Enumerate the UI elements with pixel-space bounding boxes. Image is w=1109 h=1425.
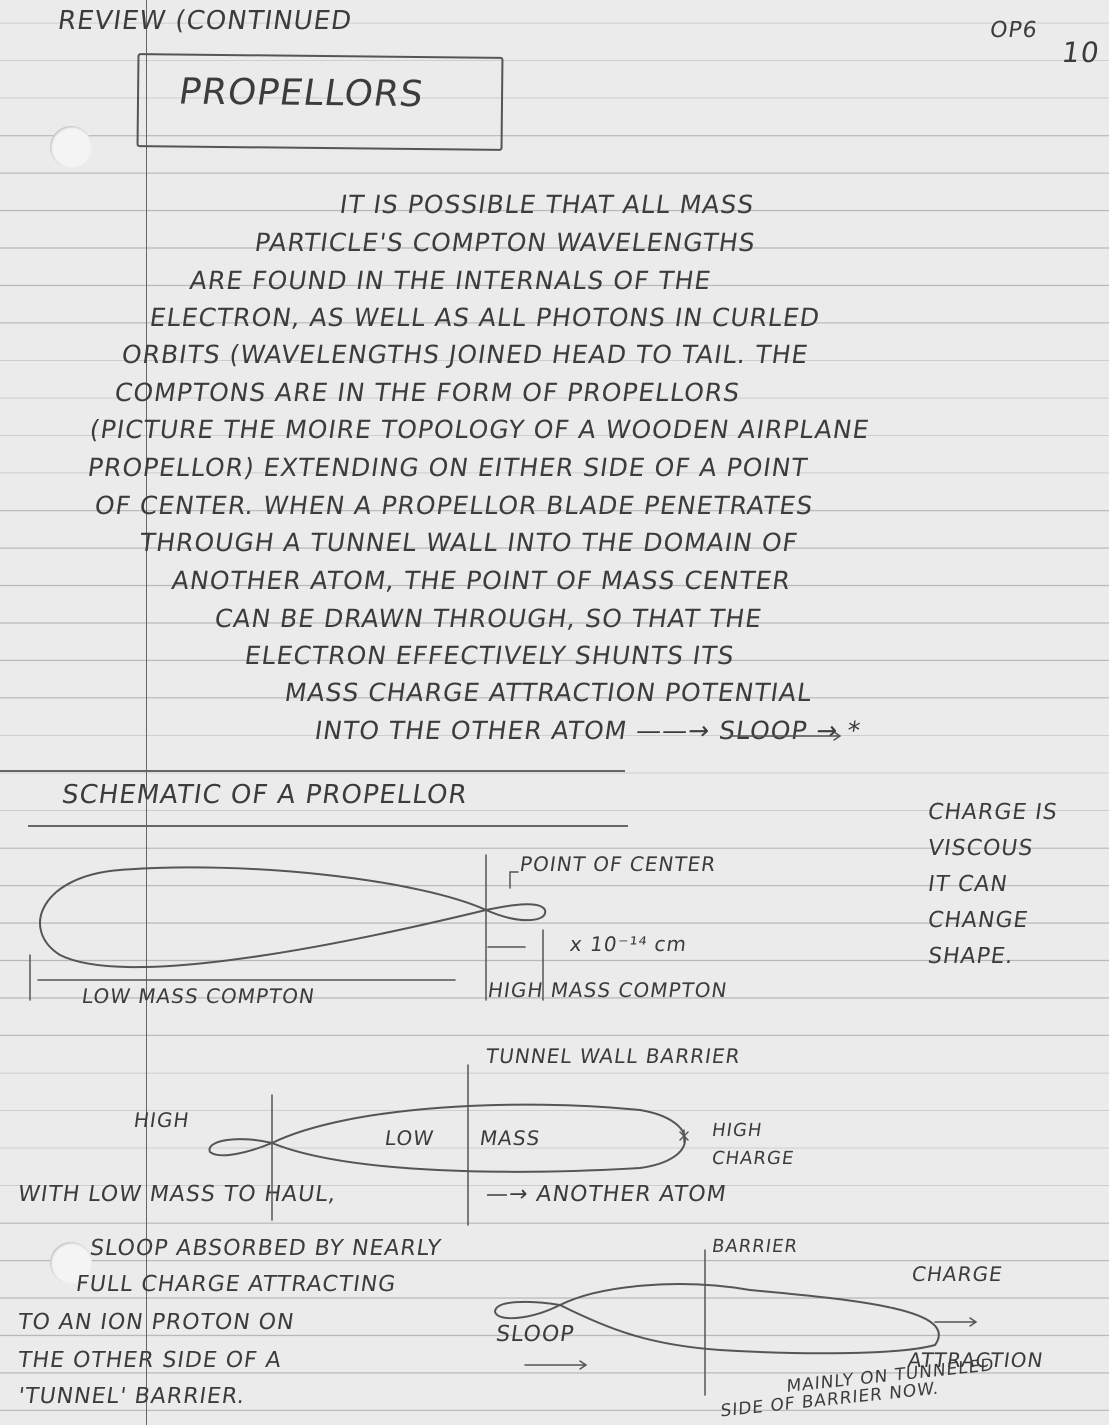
sketch-drawings xyxy=(0,0,1109,1425)
